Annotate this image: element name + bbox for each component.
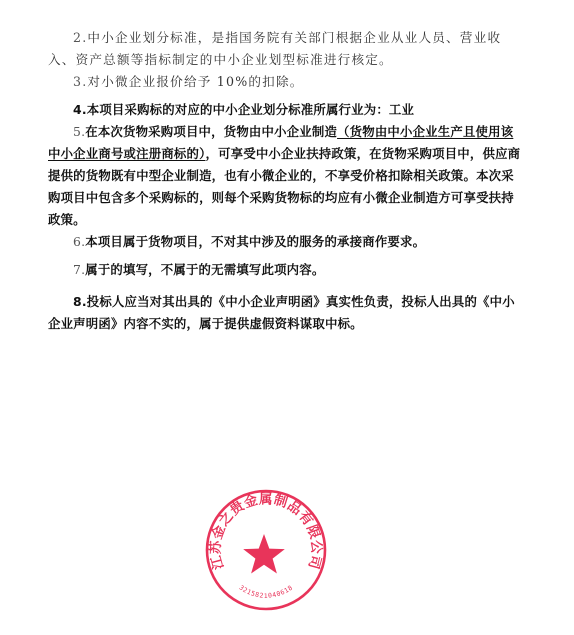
paragraph-text-before: 在本次货物采购项目中，货物由中小企业制造 (85, 124, 337, 139)
paragraph-number: 6. (73, 234, 85, 249)
paragraph-number: 5. (73, 124, 85, 139)
paragraph-text: 投标人应当对其出具的《中小企业声明函》真实性负责，投标人出具的《中小企业声明函》… (48, 294, 515, 331)
company-seal: 江苏金之贵金属制品有限公司 3215821040618 (204, 488, 328, 612)
paragraph-text: 本项目属于货物项目，不对其中涉及的服务的承接商作要求。 (85, 234, 425, 249)
seal-code: 3215821040618 (238, 583, 295, 599)
paragraph-number: 4. (73, 102, 87, 117)
paragraph-text: 属于的填写，不属于的无需填写此项内容。 (85, 262, 324, 277)
paragraph-8: 8.投标人应当对其出具的《中小企业声明函》真实性负责，投标人出具的《中小企业声明… (48, 291, 524, 335)
paragraph-number: 2. (73, 30, 87, 45)
paragraph-number: 8. (73, 294, 87, 309)
paragraph-text: 中小企业划分标准，是指国务院有关部门根据企业从业人员、营业收入、资产总额等指标制… (48, 30, 501, 67)
paragraph-6: 6.本项目属于货物项目，不对其中涉及的服务的承接商作要求。 (48, 231, 524, 253)
paragraph-3: 3.对小微企业报价给予 10%的扣除。 (48, 71, 524, 93)
paragraph-2: 2.中小企业划分标准，是指国务院有关部门根据企业从业人员、营业收入、资产总额等指… (48, 27, 524, 71)
document-page: 2.中小企业划分标准，是指国务院有关部门根据企业从业人员、营业收入、资产总额等指… (48, 27, 524, 335)
paragraph-text: 本项目采购标的对应的中小企业划分标准所属行业为：工业 (87, 102, 414, 117)
paragraph-number: 3. (73, 74, 87, 89)
paragraph-number: 7. (73, 262, 85, 277)
paragraph-4: 4.本项目采购标的对应的中小企业划分标准所属行业为：工业 (48, 99, 524, 121)
paragraph-7: 7.属于的填写，不属于的无需填写此项内容。 (48, 259, 524, 281)
paragraph-text: 对小微企业报价给予 10%的扣除。 (87, 74, 303, 89)
star-icon (243, 534, 285, 574)
paragraph-5: 5.在本次货物采购项目中，货物由中小企业制造（货物由中小企业生产且使用该中小企业… (48, 121, 524, 231)
seal-graphic: 江苏金之贵金属制品有限公司 3215821040618 (204, 488, 328, 612)
